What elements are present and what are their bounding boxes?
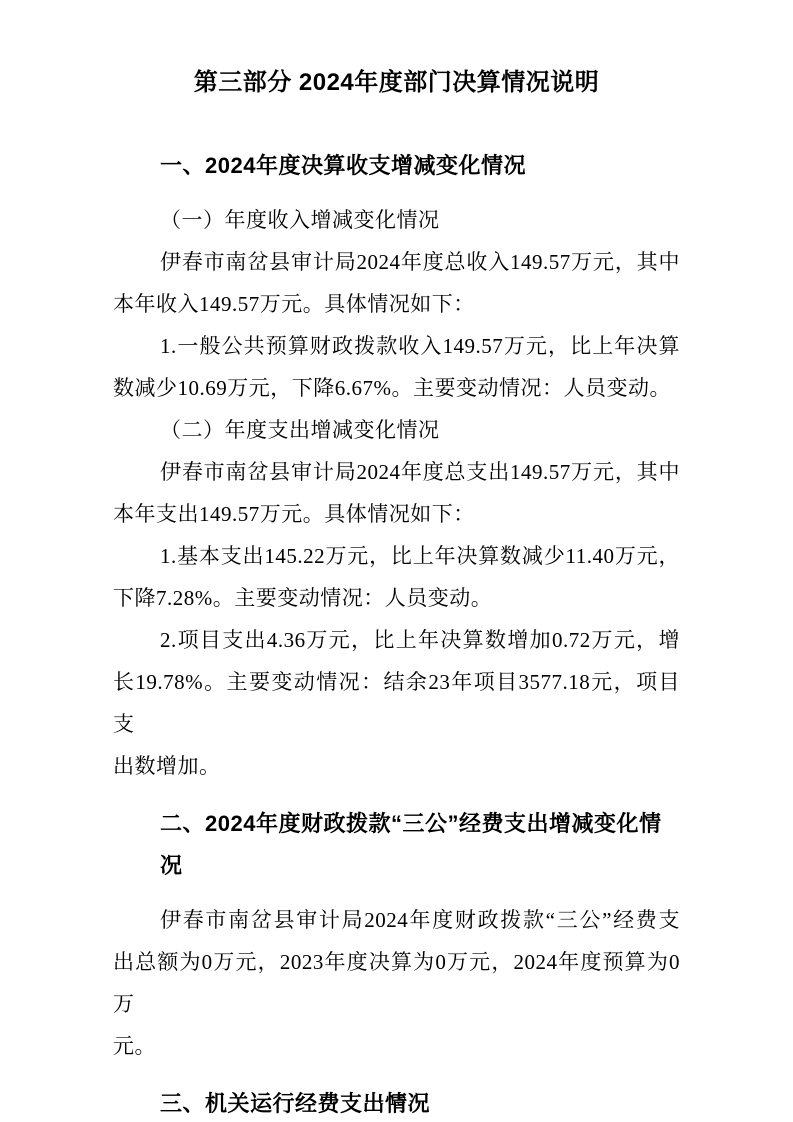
text-line: 出总额为0万元，2023年度决算为0万元，2024年度预算为0万 (113, 941, 680, 1025)
document-page: 第三部分 2024年度部门决算情况说明 一、2024年度决算收支增减变化情况（一… (0, 0, 793, 1122)
text-line: 本年收入149.57万元。具体情况如下： (113, 283, 680, 325)
document-body: 一、2024年度决算收支增减变化情况（一）年度收入增减变化情况伊春市南岔县审计局… (113, 145, 680, 1122)
text-line: 1.一般公共预算财政拨款收入149.57万元，比上年决算 (113, 325, 680, 367)
text-line: 元。 (113, 1025, 680, 1067)
section-heading: 二、2024年度财政拨款“三公”经费支出增减变化情况 (113, 803, 680, 887)
document-title: 第三部分 2024年度部门决算情况说明 (113, 68, 680, 98)
text-line: 伊春市南岔县审计局2024年度总收入149.57万元，其中 (113, 241, 680, 283)
text-line: （一）年度收入增减变化情况 (113, 199, 680, 241)
page-number: - 15 - (0, 1091, 793, 1111)
text-line: （二）年度支出增减变化情况 (113, 409, 680, 451)
text-line: 出数增加。 (113, 745, 680, 787)
text-line: 本年支出149.57万元。具体情况如下： (113, 493, 680, 535)
text-line: 2.项目支出4.36万元，比上年决算数增加0.72万元，增 (113, 619, 680, 661)
text-line: 伊春市南岔县审计局2024年度财政拨款“三公”经费支 (113, 899, 680, 941)
section-heading: 一、2024年度决算收支增减变化情况 (113, 145, 680, 187)
text-line: 长19.78%。主要变动情况：结余23年项目3577.18元，项目支 (113, 661, 680, 745)
text-line: 1.基本支出145.22万元，比上年决算数减少11.40万元， (113, 535, 680, 577)
text-line: 下降7.28%。主要变动情况：人员变动。 (113, 577, 680, 619)
text-line: 伊春市南岔县审计局2024年度总支出149.57万元，其中 (113, 451, 680, 493)
text-line: 数减少10.69万元，下降6.67%。主要变动情况：人员变动。 (113, 367, 680, 409)
